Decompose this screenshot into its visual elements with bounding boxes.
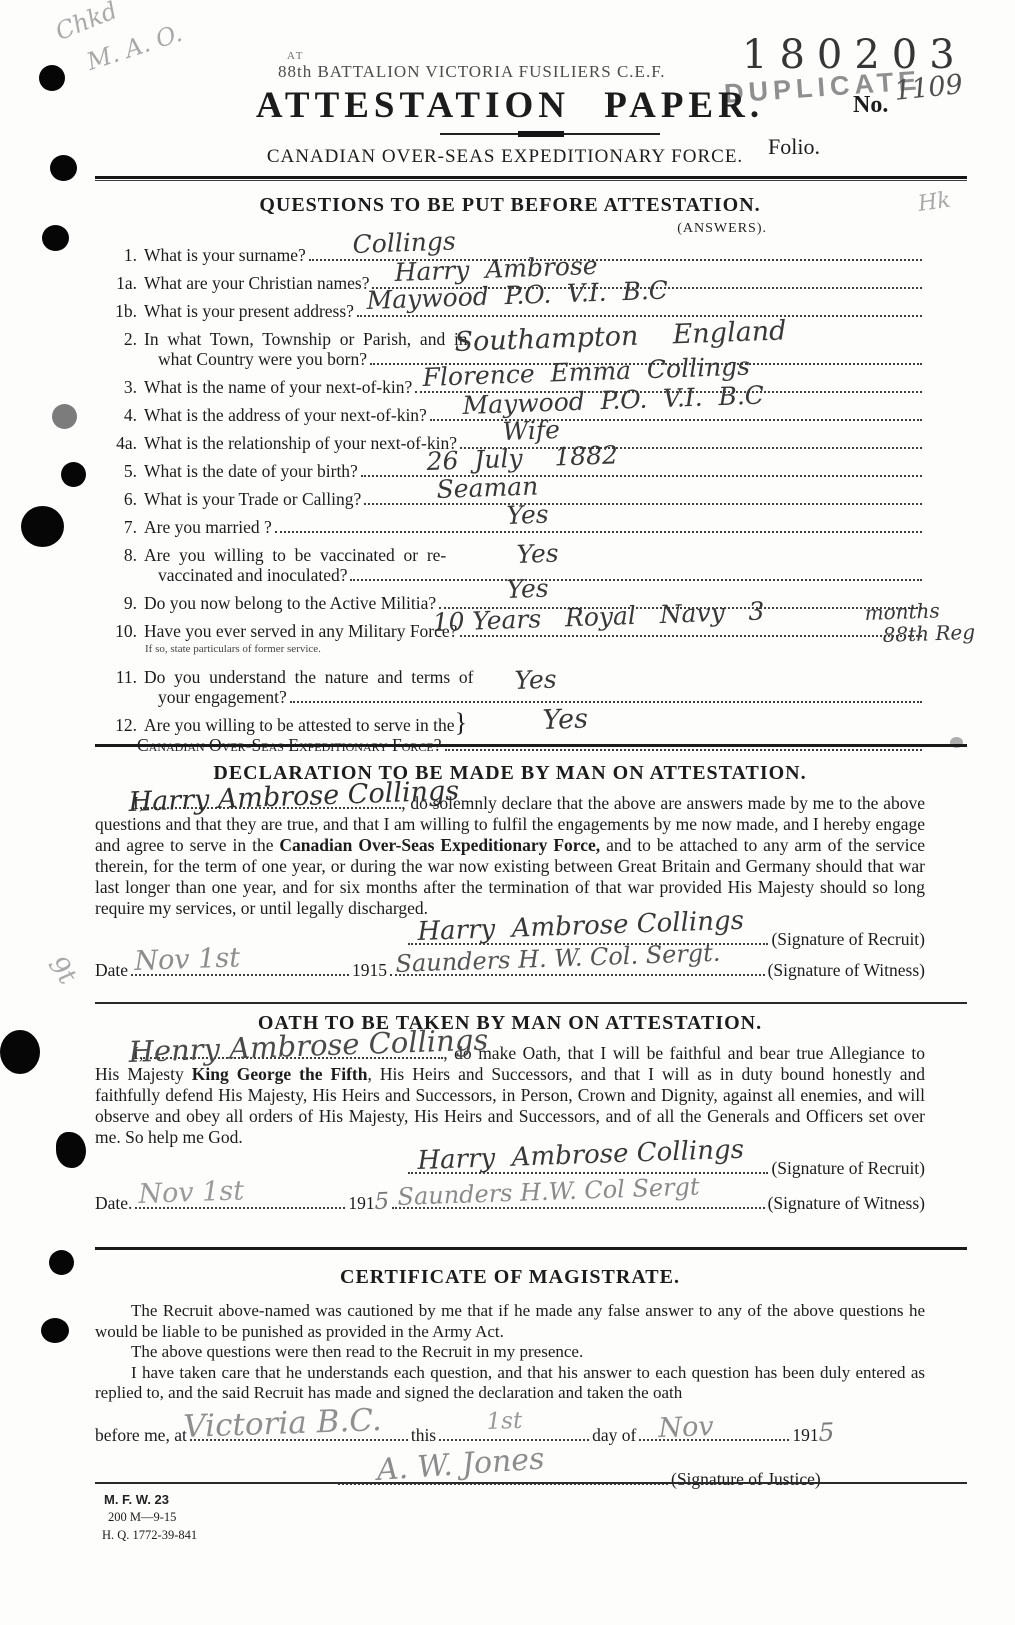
year-printed: 191 (348, 1193, 374, 1214)
signature-of-witness-label: (Signature of Witness) (768, 960, 925, 981)
form-footer: M. F. W. 23 200 M—9-15 H. Q. 1772-39-841 (104, 1492, 197, 1543)
brace-glyph: } (455, 718, 467, 728)
question-number: 1b. (95, 301, 144, 321)
number-label: No. (853, 92, 888, 119)
question-number: 11. (95, 667, 144, 687)
month-handwriting: Nov (658, 1411, 714, 1444)
declaration-paragraph: I,Harry Ambrose Collings, do solemnly de… (95, 792, 925, 919)
question-text: What is the address of your next-of-kin? (144, 405, 427, 425)
answer-handwriting: 88th Reg (882, 622, 975, 645)
form-code: M. F. W. 23 (104, 1492, 197, 1507)
year-handwriting: 5 (374, 1188, 390, 1214)
question-number: 3. (95, 377, 144, 397)
this-label: this (411, 1425, 436, 1446)
pencil-note: Chkd (52, 0, 122, 46)
answer-handwriting: Seaman (436, 476, 538, 500)
dotted-leader (290, 701, 922, 703)
punch-hole (49, 1250, 74, 1275)
oath-body-bold: King George the Fifth (192, 1064, 368, 1084)
answer-handwriting: Yes (516, 544, 559, 565)
answer-handwriting: Yes (542, 709, 588, 731)
recruit-name-handwriting: Henry Ambrose Collings (128, 1029, 488, 1063)
question-text: What is your Trade or Calling? (144, 489, 361, 509)
answer-handwriting: Collings (352, 231, 456, 255)
signature-of-recruit-label: (Signature of Recruit) (771, 1158, 925, 1179)
declaration-title: DECLARATION TO BE MADE BY MAN ON ATTESTA… (95, 762, 925, 785)
dotted-leader (460, 635, 922, 637)
justice-signature-row: A. W. Jones (Signature of Justice) (95, 1469, 925, 1490)
question-number: 9. (95, 593, 144, 613)
before-me-label: before me, at (95, 1425, 187, 1446)
answer-handwriting: Maywood P.O. V.I. B.C (366, 280, 668, 311)
question-row: 10. Have you ever served in any Military… (95, 621, 925, 659)
print-run-code: 200 M—9-15 (108, 1510, 197, 1525)
question-row: 12. Are you willing to be attested to se… (95, 715, 925, 755)
before-me-row: before me, at Victoria B.C. this 1st day… (95, 1418, 925, 1447)
signature-of-recruit-label: (Signature of Recruit) (771, 929, 925, 950)
question-text: vaccinated and inoculated? (158, 565, 347, 585)
force-subtitle: CANADIAN OVER-SEAS EXPEDITIONARY FORCE. (95, 146, 915, 168)
question-text: What is your surname? (144, 245, 306, 265)
answer-handwriting: 26 July 1882 (426, 445, 618, 472)
answer-handwriting: Yes (514, 670, 557, 691)
punch-hole (0, 1030, 40, 1074)
date-label: Date (95, 960, 128, 981)
question-row: 11. Do you understand the nature and ter… (95, 667, 925, 707)
question-text: What is the name of your next-of-kin? (144, 377, 412, 397)
question-text: your engagement? (158, 687, 287, 707)
question-number: 4. (95, 405, 144, 425)
question-number: 7. (95, 517, 144, 537)
question-number: 1a. (95, 273, 144, 293)
oath-section: OATH TO BE TAKEN BY MAN ON ATTESTATION. … (95, 1012, 925, 1215)
witness-date-row: Date. Nov 1st 191 5 Saunders H.W. Col Se… (95, 1189, 925, 1215)
question-number: 6. (95, 489, 144, 509)
section-rule (95, 744, 967, 747)
date-label: Date. (95, 1193, 132, 1214)
question-text: What is the date of your birth? (144, 461, 358, 481)
punch-hole (50, 155, 77, 181)
certificate-paragraph: The Recruit above-named was cautioned by… (95, 1301, 925, 1342)
question-text: What is the relationship of your next-of… (144, 433, 457, 453)
question-text: Are you willing to be vaccinated or re- (144, 545, 446, 565)
question-text: Do you now belong to the Active Militia? (144, 593, 436, 613)
questions-section: QUESTIONS TO BE PUT BEFORE ATTESTATION. … (95, 194, 925, 755)
year-printed: 1915 (352, 960, 387, 981)
question-text: What are your Christian names? (144, 273, 369, 293)
dotted-leader (350, 579, 922, 581)
oath-paragraph: I,Henry Ambrose Collings, do make Oath, … (95, 1042, 925, 1148)
answer-handwriting: Yes (506, 505, 549, 526)
question-text: Are you willing to be attested to serve … (144, 715, 455, 735)
year-handwriting: 5 (818, 1417, 835, 1447)
question-number: 8. (95, 545, 144, 565)
question-text: What is your present address? (144, 301, 354, 321)
attestation-paper-scan: Chkd M. A. O. Hk 9t 180203 DUPLICATE AT … (0, 0, 1015, 1625)
punch-hole (41, 1318, 69, 1343)
certificate-title: CERTIFICATE OF MAGISTRATE. (95, 1266, 925, 1289)
certificate-paragraph: I have taken care that he understands ea… (95, 1363, 925, 1404)
dotted-leader (275, 531, 922, 533)
date-handwriting: Nov 1st (134, 942, 241, 977)
answer-handwriting: months (864, 600, 940, 623)
justice-signature-handwriting: A. W. Jones (376, 1441, 546, 1488)
place-handwriting: Victoria B.C. (183, 1402, 383, 1445)
form-title: ATTESTATION PAPER. (95, 84, 925, 127)
question-row: 7. Are you married ? Yes (95, 517, 925, 537)
question-number: 10. (95, 621, 144, 641)
date-handwriting: Nov 1st (138, 1175, 245, 1210)
section-rule (95, 1002, 967, 1004)
hq-code: H. Q. 1772-39-841 (102, 1528, 197, 1543)
certificate-paragraph: The above questions were then read to th… (95, 1342, 925, 1363)
question-number: 2. (95, 329, 144, 349)
question-number: 1. (95, 245, 144, 265)
punch-hole (21, 506, 64, 547)
battalion-stamp: 88th BATTALION VICTORIA FUSILIERS C.E.F. (278, 62, 666, 82)
declaration-body-bold: Canadian Over-Seas Expeditionary Force, (279, 835, 600, 855)
title-divider-center (518, 131, 564, 137)
punch-hole (61, 462, 86, 487)
day-handwriting: 1st (486, 1407, 523, 1434)
signature-of-witness-label: (Signature of Witness) (768, 1193, 925, 1214)
pencil-note: 9t (42, 951, 82, 990)
dotted-leader (357, 315, 922, 317)
question-footnote: If so, state particulars of former servi… (145, 639, 925, 659)
bottom-rule (95, 1482, 967, 1484)
year-printed: 191 (792, 1425, 818, 1446)
answers-column-label: (ANSWERS). (95, 221, 925, 237)
question-number: 4a. (95, 433, 144, 453)
certificate-section: CERTIFICATE OF MAGISTRATE. The Recruit a… (95, 1266, 925, 1490)
punch-hole (56, 1132, 86, 1168)
punch-hole (39, 65, 65, 91)
punch-hole (42, 225, 69, 251)
question-number: 5. (95, 461, 144, 481)
answer-handwriting: Maywood P.O. V.I. B.C (462, 385, 764, 416)
stamp-fragment: AT (287, 50, 304, 62)
witness-date-row: Date Nov 1st 1915 Saunders H. W. Col. Se… (95, 960, 925, 981)
number-handwritten: 1109 (893, 69, 965, 107)
dotted-leader (445, 749, 922, 751)
day-of-label: day of (592, 1425, 636, 1446)
questions-title: QUESTIONS TO BE PUT BEFORE ATTESTATION. (95, 194, 925, 217)
answer-handwriting: Yes (506, 579, 549, 600)
declaration-section: DECLARATION TO BE MADE BY MAN ON ATTESTA… (95, 762, 925, 981)
question-text: Are you married ? (144, 517, 272, 537)
question-text: In what Town, Township or Parish, and in (144, 329, 468, 349)
recruit-name-handwriting: Harry Ambrose Collings (128, 780, 459, 813)
signature-of-justice-label: (Signature of Justice) (671, 1469, 821, 1490)
question-row: 1b. What is your present address? Maywoo… (95, 301, 925, 321)
question-text: Have you ever served in any Military For… (144, 621, 457, 641)
answer-handwriting: Wife (502, 420, 560, 442)
header-rule (95, 176, 967, 181)
question-number: 12. (95, 715, 144, 735)
section-rule (95, 1247, 967, 1250)
question-text: Do you understand the nature and terms o… (144, 667, 474, 687)
question-text: what Country were you born? (158, 349, 367, 369)
punch-hole (52, 404, 77, 429)
